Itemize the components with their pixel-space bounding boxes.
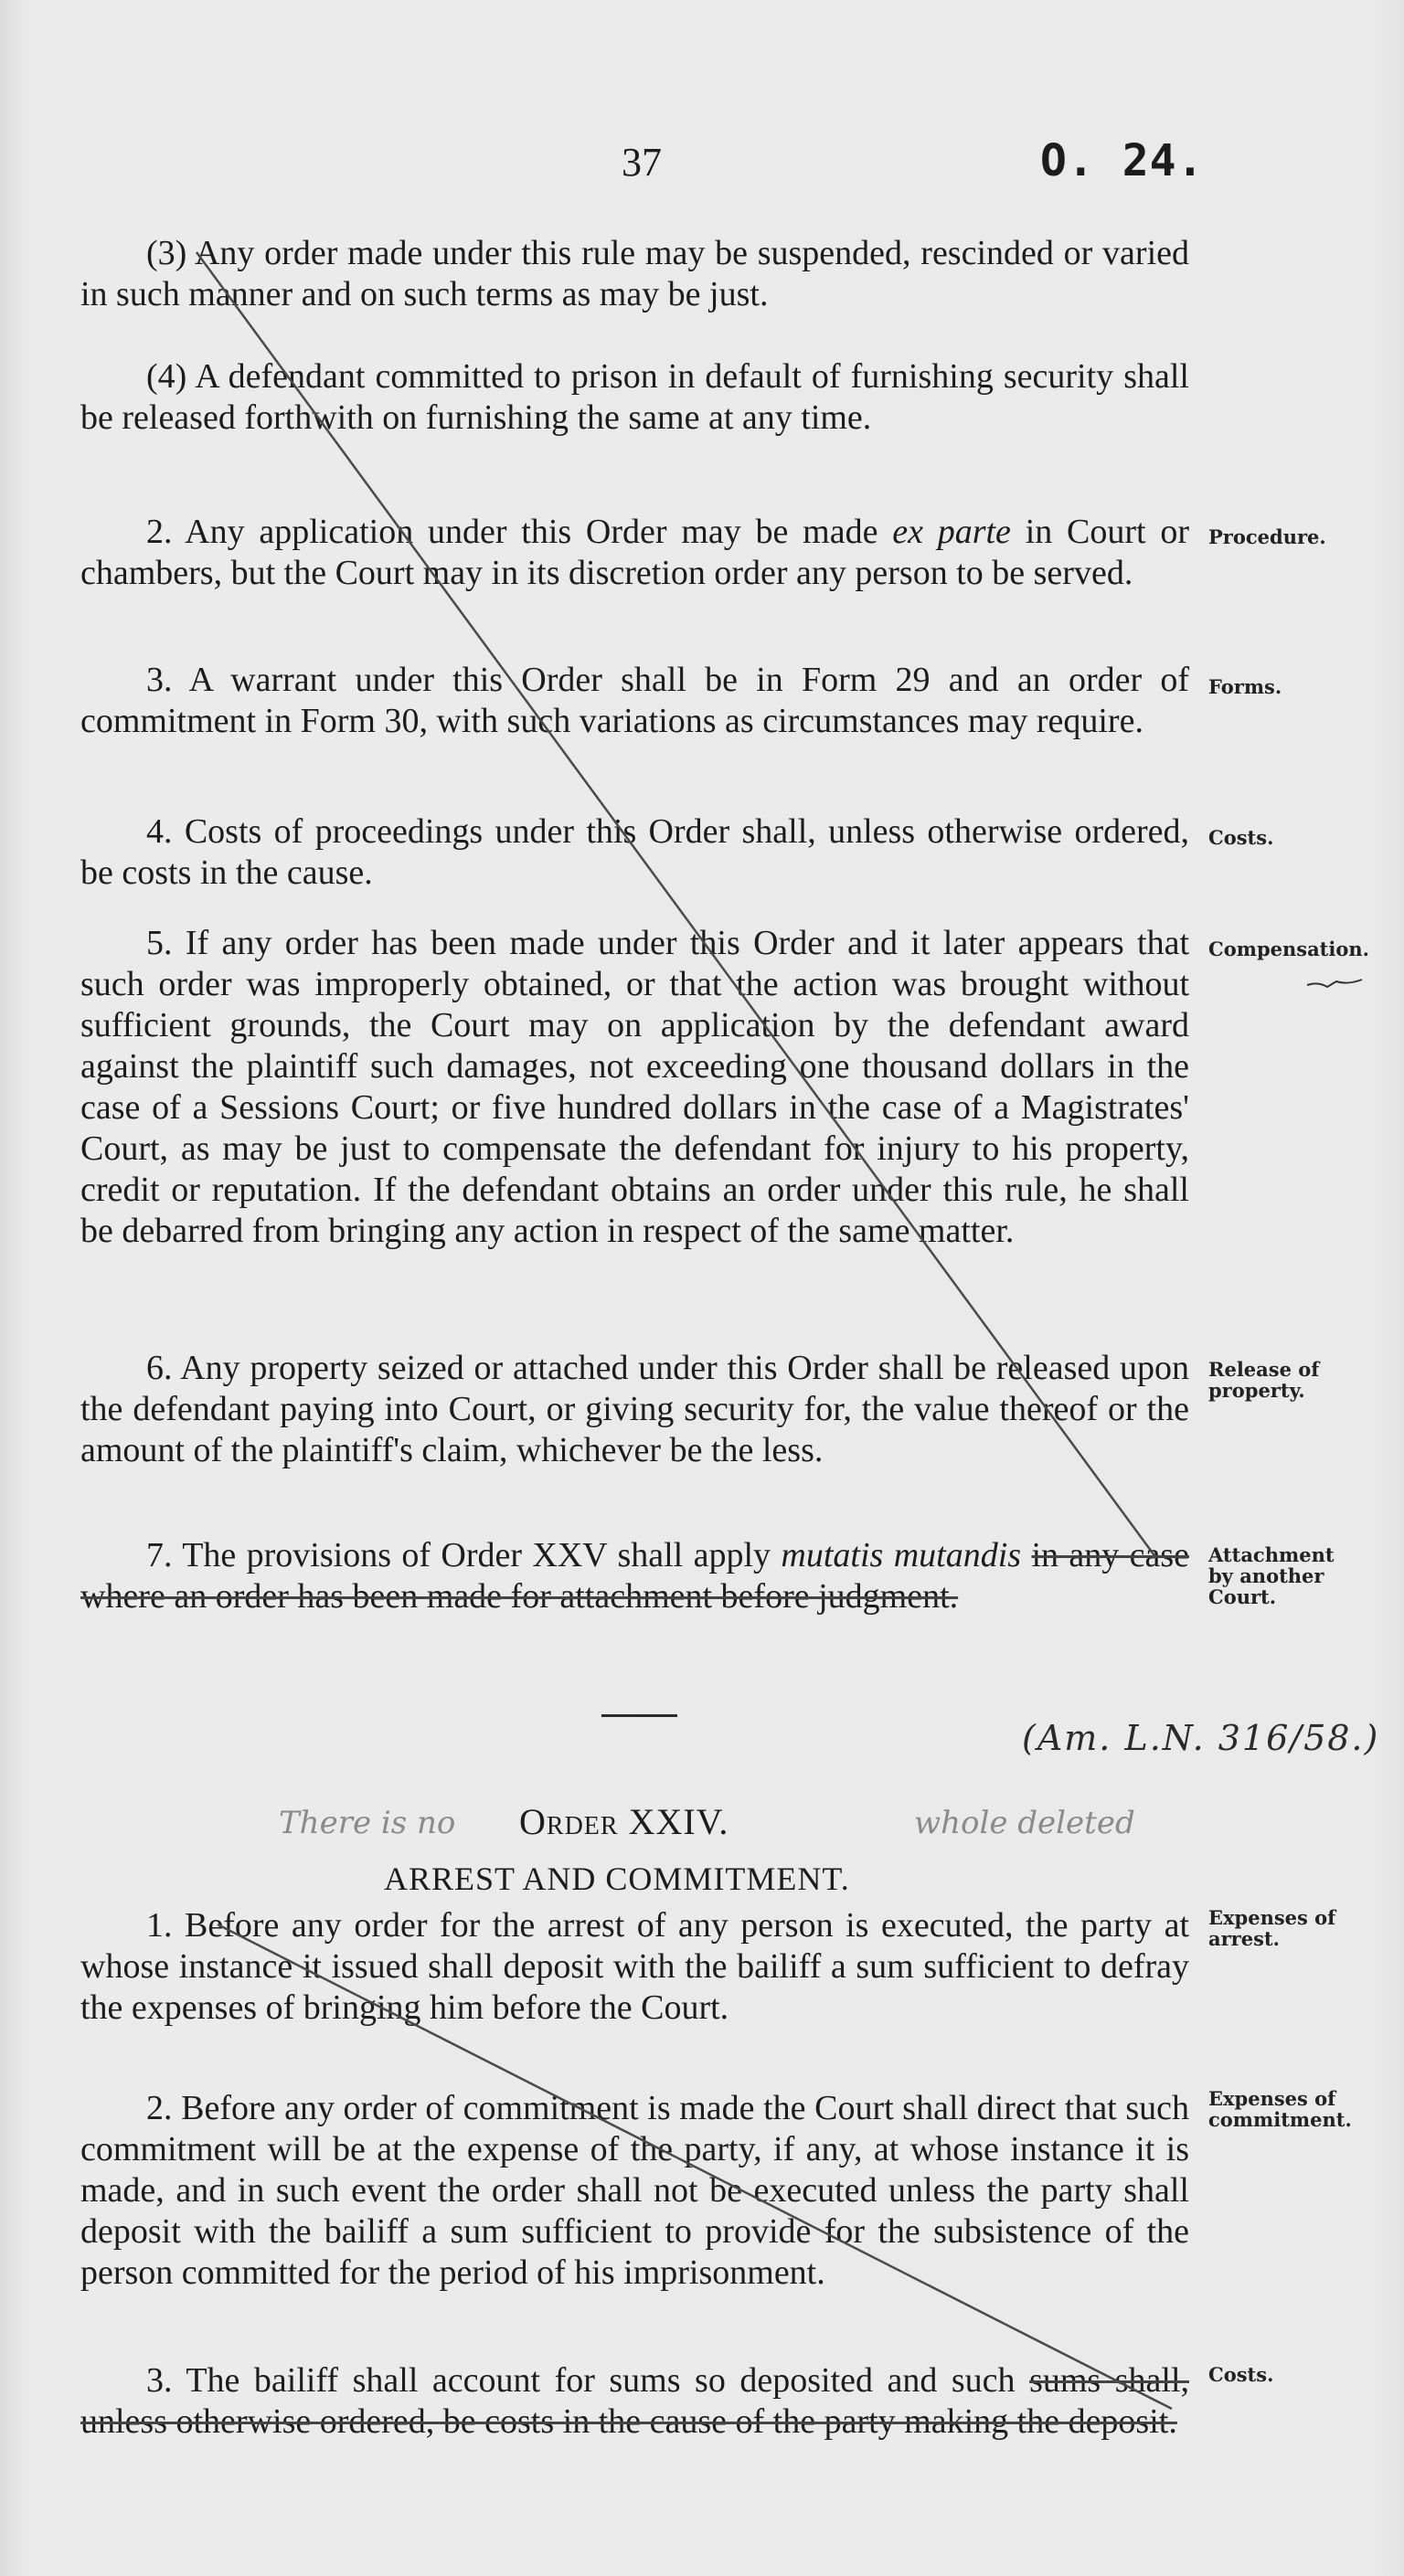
order-24-rule-2: 2. Before any order of commitment is mad… bbox=[80, 2088, 1189, 2294]
rule-paragraph-3: (3) Any order made under this rule may b… bbox=[80, 233, 1189, 315]
margin-note-costs-2: Costs. bbox=[1208, 2364, 1273, 2385]
margin-note-expenses-of-commitment: Expenses of commitment. bbox=[1208, 2088, 1352, 2130]
section-divider bbox=[601, 1714, 677, 1717]
italic-ex-parte: ex parte bbox=[892, 513, 1011, 551]
page-number: 37 bbox=[622, 139, 662, 186]
order-reference: O. 24. bbox=[1040, 135, 1204, 186]
order-heading: Order XXIV. bbox=[519, 1800, 729, 1843]
handwritten-there-is-no: There is no bbox=[279, 1805, 455, 1841]
order-subheading: ARREST AND COMMITMENT. bbox=[384, 1860, 850, 1898]
rule-7-attachment: 7. The provisions of Order XXV shall app… bbox=[80, 1535, 1189, 1617]
order-24-rule-1: 1. Before any order for the arrest of an… bbox=[80, 1905, 1189, 2029]
order-24-rule-3: 3. The bailiff shall account for sums so… bbox=[80, 2360, 1189, 2443]
margin-note-attachment-by-another-court: Attachment by another Court. bbox=[1208, 1544, 1335, 1607]
margin-note-forms: Forms. bbox=[1208, 676, 1282, 697]
rule-5-compensation: 5. If any order has been made under this… bbox=[80, 923, 1189, 1252]
handwritten-whole-deleted: whole deleted bbox=[914, 1805, 1135, 1841]
margin-note-procedure: Procedure. bbox=[1208, 526, 1326, 547]
compensation-pen-mark bbox=[1307, 980, 1362, 987]
margin-note-compensation: Compensation. bbox=[1208, 938, 1369, 959]
rule-2-procedure: 2. Any application under this Order may … bbox=[80, 512, 1189, 594]
margin-note-release-of-property: Release of property. bbox=[1208, 1359, 1319, 1401]
rule-paragraph-4: (4) A defendant committed to prison in d… bbox=[80, 356, 1189, 439]
italic-mutatis-mutandis: mutatis mutandis bbox=[781, 1536, 1021, 1574]
rule-4-costs: 4. Costs of proceedings under this Order… bbox=[80, 811, 1189, 894]
margin-note-costs: Costs. bbox=[1208, 827, 1273, 848]
handwritten-amendment-note: (Am. L.N. 316/58.) bbox=[1022, 1718, 1379, 1758]
rule-6-release-of-property: 6. Any property seized or attached under… bbox=[80, 1348, 1189, 1471]
margin-note-expenses-of-arrest: Expenses of arrest. bbox=[1208, 1907, 1335, 1949]
rule-3-forms: 3. A warrant under this Order shall be i… bbox=[80, 660, 1189, 742]
